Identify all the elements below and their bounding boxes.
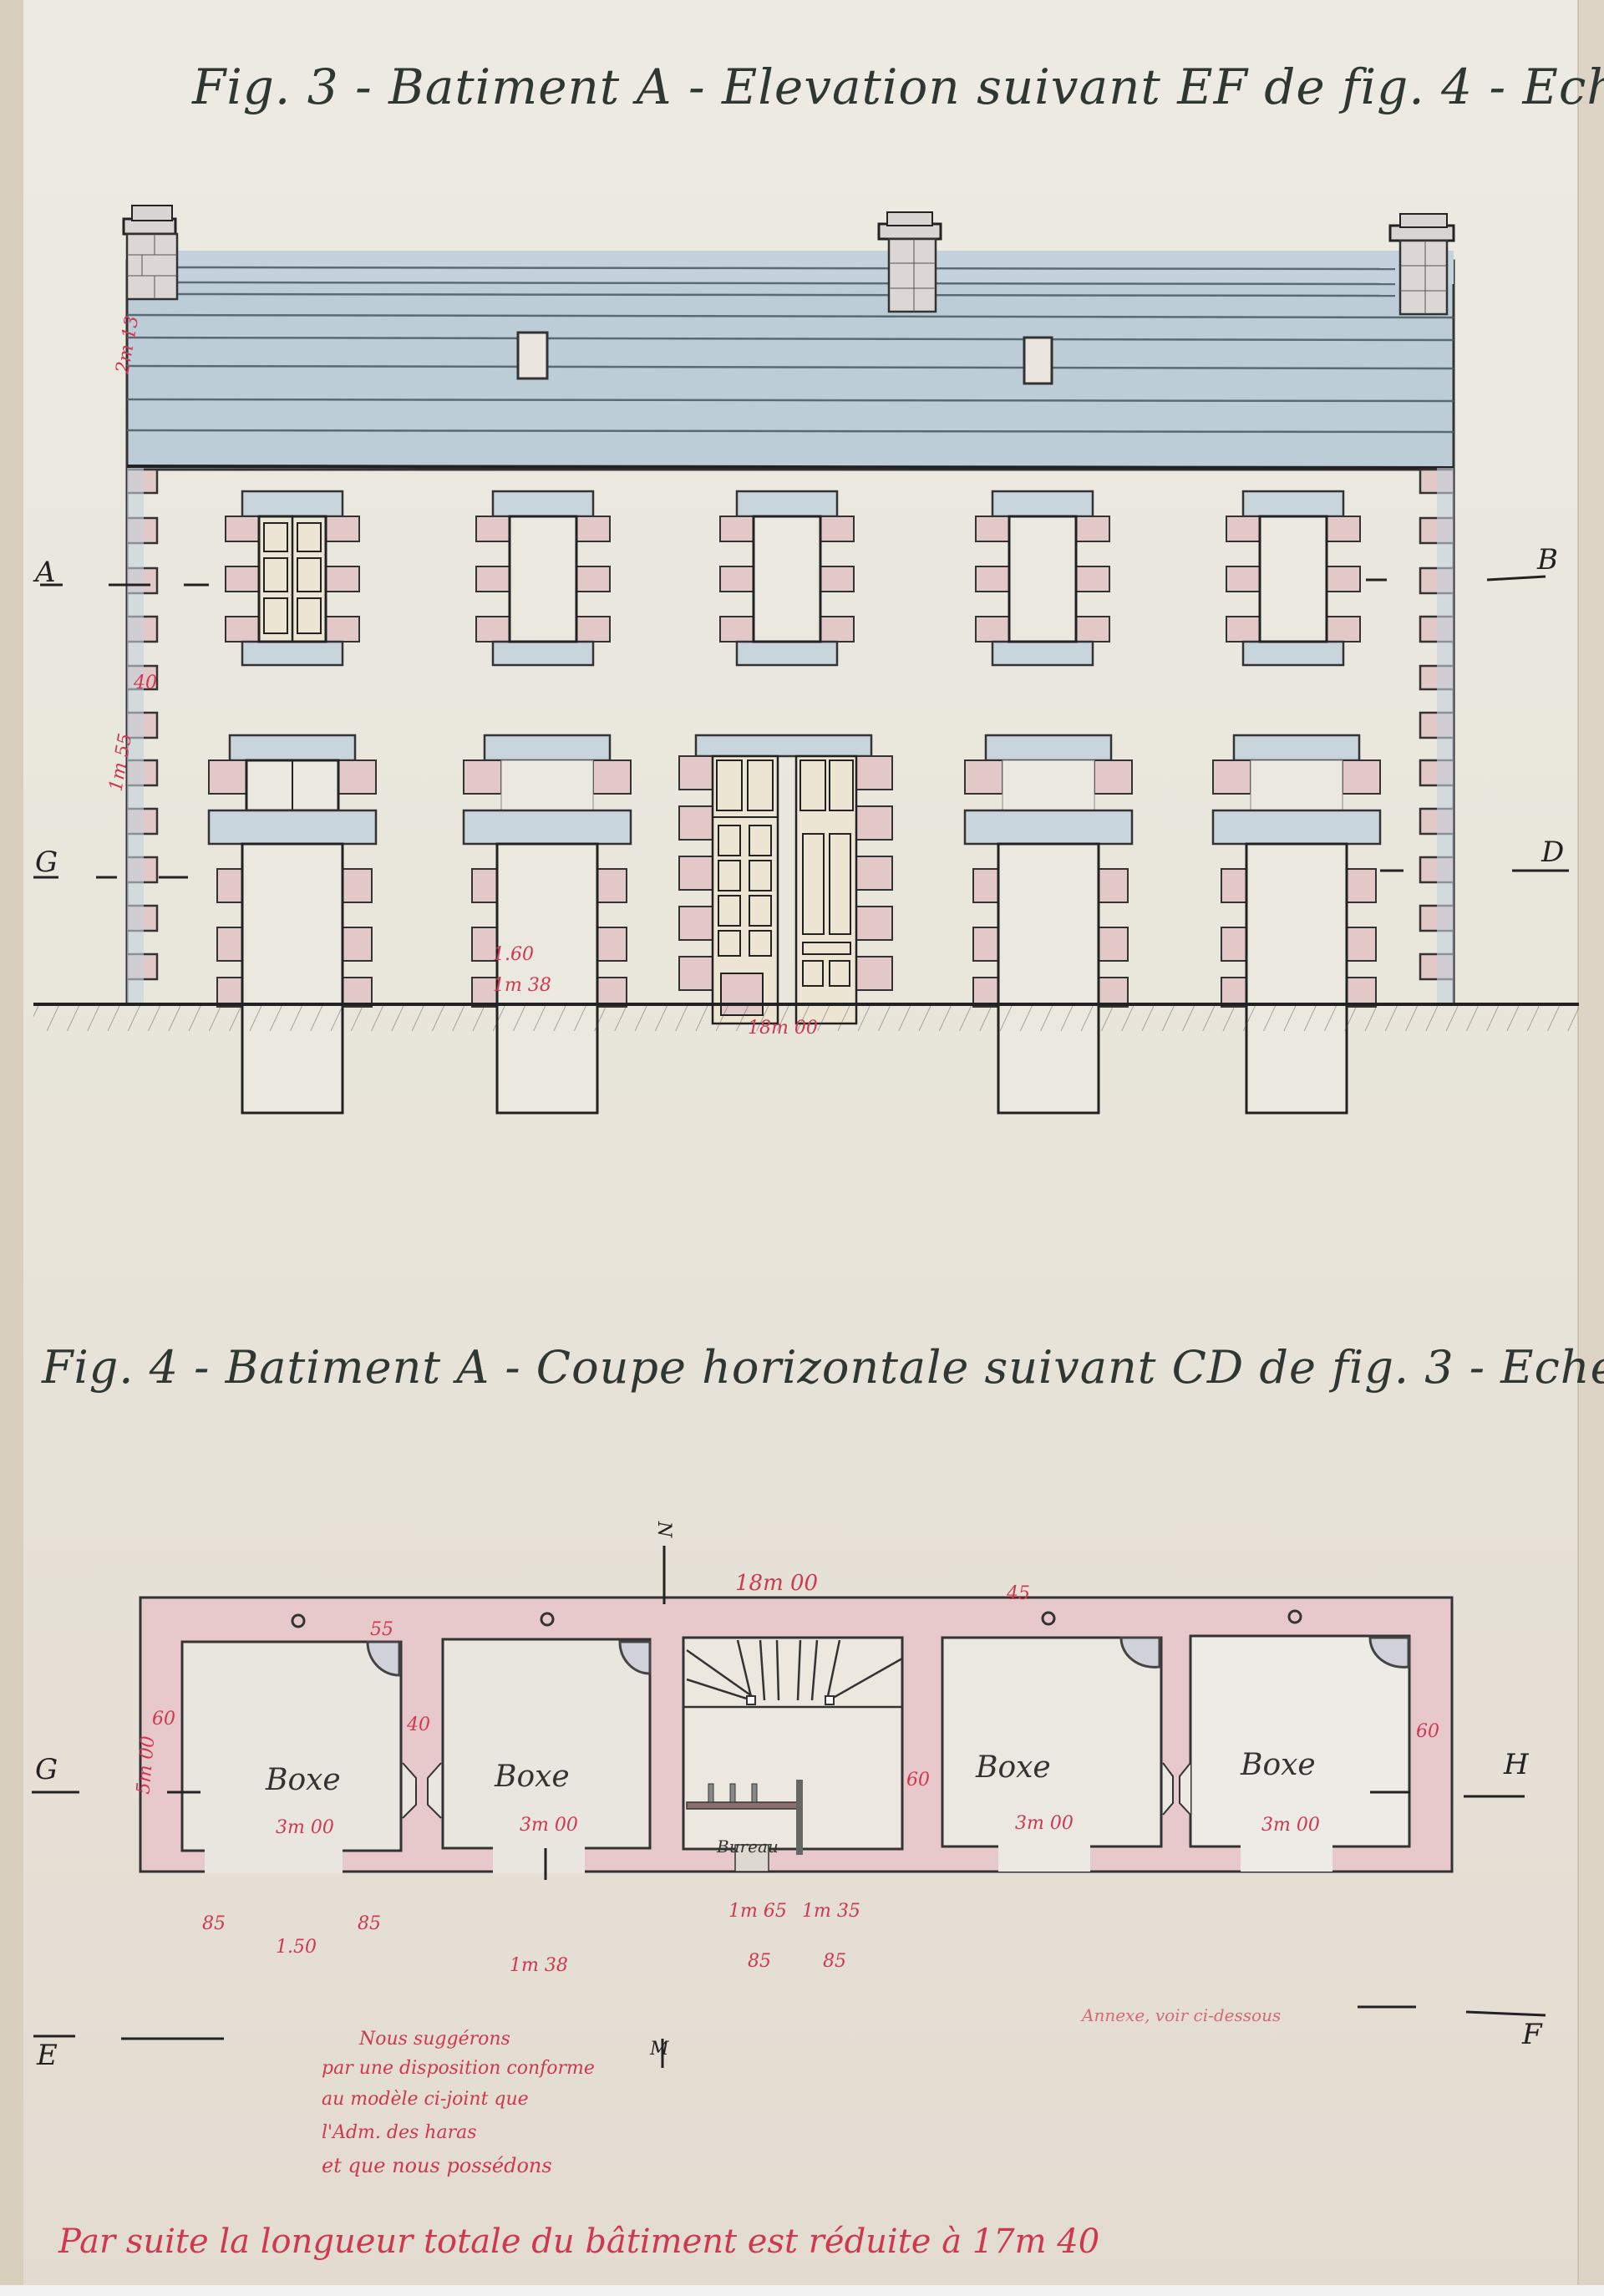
room-label-boxe-1: Boxe — [266, 1763, 341, 1797]
dim-bureau-2: 1m 35 — [802, 1901, 860, 1922]
dim-bureau-1: 1m 65 — [728, 1901, 787, 1922]
red-note-line-4: l'Adm. des haras — [322, 2122, 477, 2143]
door-2 — [464, 735, 631, 1113]
dim-vent: 45 — [1007, 1583, 1030, 1604]
red-footer-note: Par suite la longueur totale du bâtiment… — [58, 2222, 1099, 2261]
red-note-right: Annexe, voir ci-dessous — [1082, 2005, 1281, 2025]
dim-pier: 40 — [134, 673, 157, 693]
dim-bureau-bottom-1: 85 — [748, 1951, 771, 1972]
axis-marker-n: N — [653, 1521, 674, 1537]
section-marker-e: E — [37, 2039, 58, 2072]
dim-wall-left: 60 — [152, 1709, 175, 1730]
dim-bureau-bottom-2: 85 — [823, 1951, 846, 1972]
dim-room-width-2: 3m 00 — [520, 1815, 578, 1836]
section-marker-g-plan: G — [35, 1753, 58, 1786]
door-4 — [965, 735, 1132, 1113]
paper-bottom-edge — [0, 2285, 1604, 2296]
lower-doors — [209, 735, 1380, 1113]
room-label-boxe-2: Boxe — [495, 1760, 570, 1794]
section-marker-h: H — [1504, 1748, 1529, 1781]
room-label-boxe-3: Boxe — [976, 1750, 1051, 1785]
chimney-right — [1390, 214, 1454, 314]
dim-wall-top: 55 — [370, 1619, 393, 1640]
window-4 — [976, 491, 1109, 665]
chimney-center — [879, 212, 941, 312]
red-note-line-1: Nous suggérons — [359, 2029, 510, 2050]
elevation-drawing — [0, 0, 1604, 2296]
door-3-entrance — [679, 735, 892, 1024]
upper-windows — [226, 491, 1360, 665]
red-note-line-3: au modèle ci-joint que — [322, 2089, 529, 2110]
dim-room-width-4: 3m 00 — [1261, 1815, 1320, 1836]
window-1 — [226, 491, 359, 665]
dim-wall-right: 60 — [1416, 1721, 1439, 1742]
door-5 — [1213, 735, 1380, 1113]
section-marker-d: D — [1541, 836, 1564, 869]
dim-pier-mid: 85 — [358, 1913, 381, 1934]
window-2 — [476, 491, 610, 665]
dim-pier-left: 85 — [202, 1913, 226, 1934]
room-label-boxe-4: Boxe — [1241, 1748, 1316, 1782]
section-marker-b: B — [1537, 543, 1558, 577]
dim-partition: 40 — [407, 1714, 430, 1735]
door-1 — [209, 735, 376, 1113]
dim-base-length: 18m 00 — [748, 1018, 818, 1039]
roof — [127, 251, 1454, 470]
red-note-line-2: par une disposition conforme — [322, 2058, 595, 2079]
section-marker-a: A — [35, 556, 56, 589]
section-marker-f: F — [1522, 2018, 1542, 2051]
dim-partition-right: 60 — [906, 1770, 930, 1791]
dim-room-width-3: 3m 00 — [1015, 1813, 1074, 1834]
red-note-line-5: et que nous possédons — [322, 2154, 552, 2177]
dim-room-width-1: 3m 00 — [276, 1817, 334, 1838]
room-label-bureau: Bureau — [717, 1836, 779, 1857]
figure4-title: Fig. 4 - Batiment A - Coupe horizontale … — [42, 1341, 1604, 1394]
axis-marker-m: M — [650, 2039, 669, 2060]
dim-overall-length: 18m 00 — [735, 1571, 818, 1596]
dim-door-opening: 1m 38 — [510, 1955, 568, 1976]
window-5 — [1226, 491, 1360, 665]
section-marker-g-elevation: G — [35, 846, 58, 879]
dim-door-width: 1.60 — [493, 944, 534, 965]
dim-opening: 1.50 — [276, 1937, 317, 1958]
window-3 — [720, 491, 854, 665]
chimney-left — [124, 206, 177, 299]
floor-plan — [32, 1546, 1546, 2068]
dim-door-height: 1m 38 — [493, 975, 551, 996]
